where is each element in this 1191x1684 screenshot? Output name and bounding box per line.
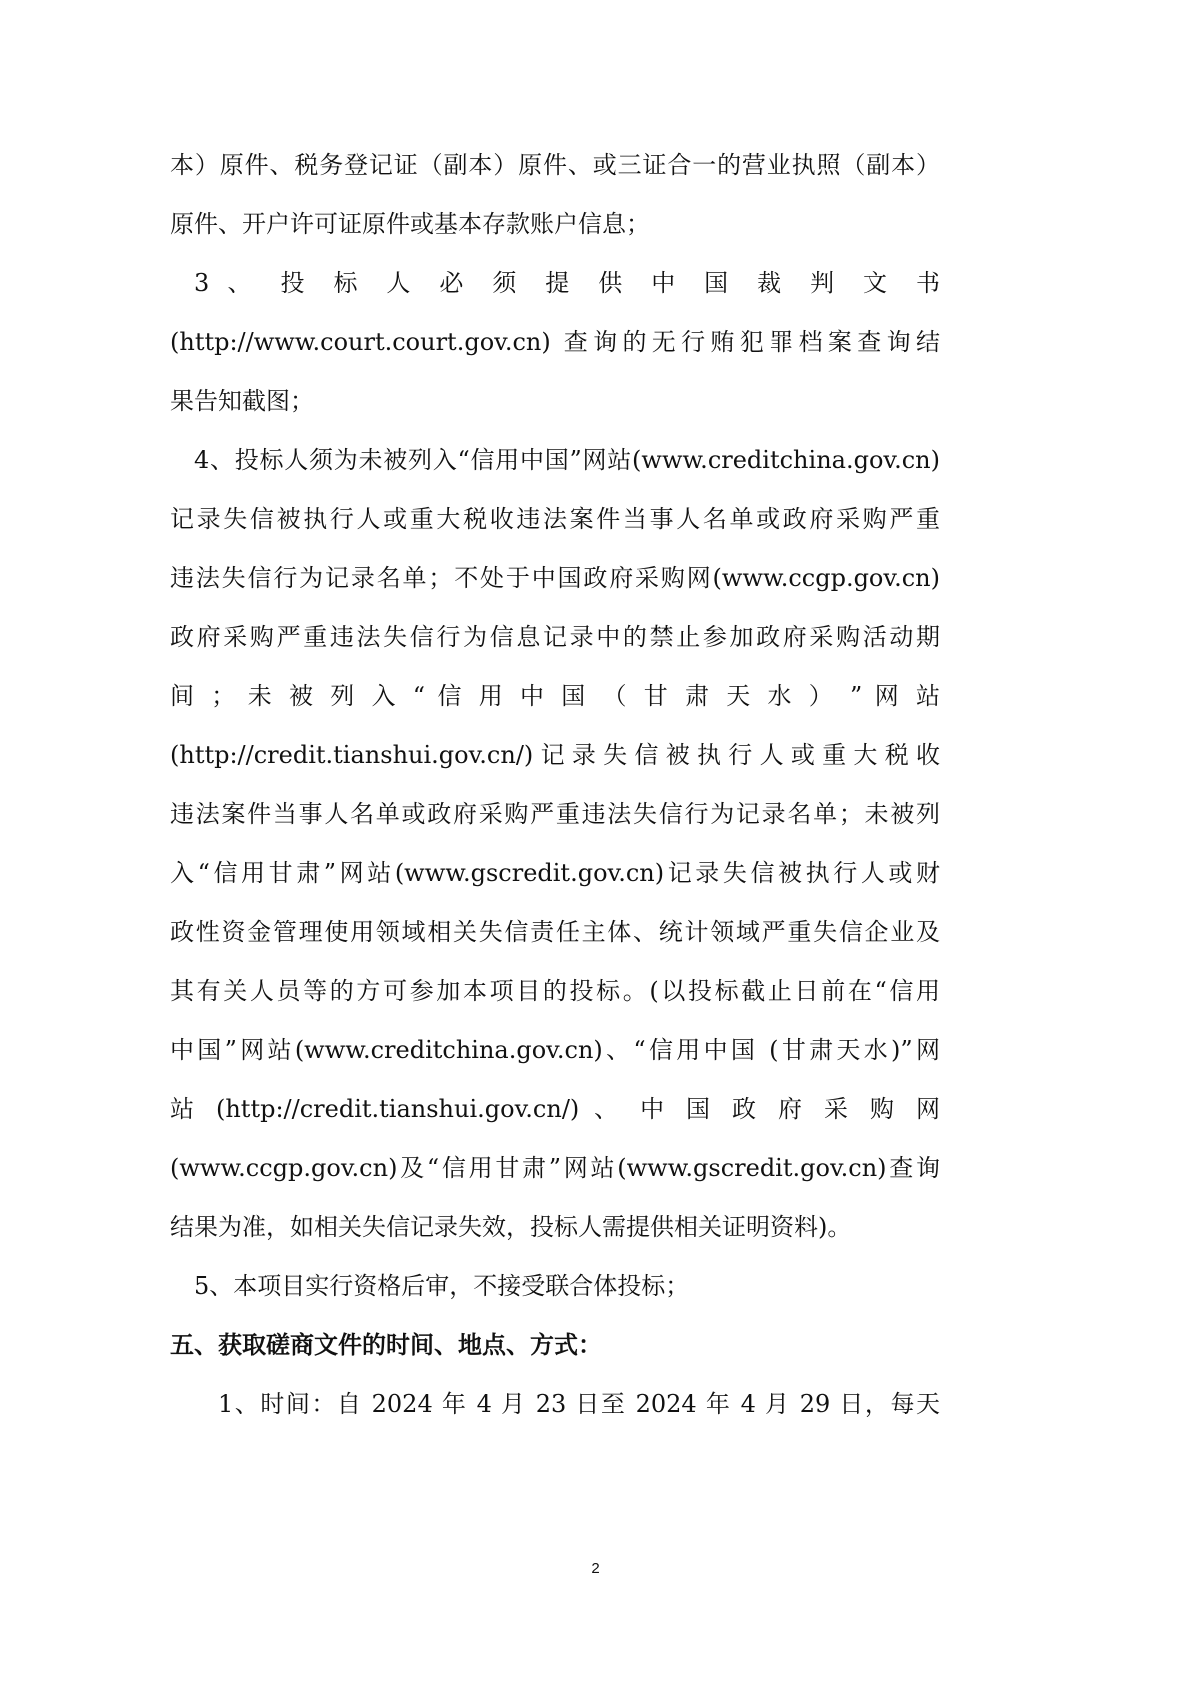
section-heading: 五、获取磋商文件的时间、地点、方式：	[170, 1328, 940, 1362]
text-line: 中国”网站(www.creditchina.gov.cn)、“信用中国 (甘肃天…	[170, 1033, 940, 1067]
text-line: 间 ； 未 被 列 入 “ 信 用 中 国 （ 甘 肃 天 水 ） ” 网 站	[170, 679, 940, 713]
text-line: 原件、开户许可证原件或基本存款账户信息；	[170, 207, 940, 241]
list-item-4: 4、投标人须为未被列入“信用中国”网站(www.creditchina.gov.…	[194, 443, 940, 477]
text-line: 政性资金管理使用领域相关失信责任主体、统计领域严重失信企业及	[170, 915, 940, 949]
text-line: 违法案件当事人名单或政府采购严重违法失信行为记录名单；未被列	[170, 797, 940, 831]
text-line: 站 (http://credit.tianshui.gov.cn/) 、 中 国…	[170, 1092, 940, 1126]
text-line: 违法失信行为记录名单；不处于中国政府采购网(www.ccgp.gov.cn)	[170, 561, 940, 595]
list-item-5: 5、本项目实行资格后审，不接受联合体投标；	[194, 1269, 940, 1303]
text-line: (http://www.court.court.gov.cn) 查询的无行贿犯罪…	[170, 325, 940, 359]
page-number: 2	[0, 1560, 1191, 1577]
text-line: (www.ccgp.gov.cn)及“信用甘肃”网站(www.gscredit.…	[170, 1151, 940, 1185]
text-line: 其有关人员等的方可参加本项目的投标。(以投标截止日前在“信用	[170, 974, 940, 1008]
text-line: 记录失信被执行人或重大税收违法案件当事人名单或政府采购严重	[170, 502, 940, 536]
text-line: 结果为准，如相关失信记录失效，投标人需提供相关证明资料)。	[170, 1210, 940, 1244]
list-item-time: 1、时间：自 2024 年 4 月 23 日至 2024 年 4 月 29 日，…	[218, 1387, 940, 1421]
text-line: 政府采购严重违法失信行为信息记录中的禁止参加政府采购活动期	[170, 620, 940, 654]
text-line: (http://credit.tianshui.gov.cn/)记录失信被执行人…	[170, 738, 940, 772]
list-item-3: 3 、 投 标 人 必 须 提 供 中 国 裁 判 文 书	[194, 266, 940, 300]
document-page: 本）原件、税务登记证（副本）原件、或三证合一的营业执照（副本） 原件、开户许可证…	[0, 0, 1191, 1684]
text-line: 入“信用甘肃”网站(www.gscredit.gov.cn)记录失信被执行人或财	[170, 856, 940, 890]
text-line: 果告知截图；	[170, 384, 940, 418]
text-line: 本）原件、税务登记证（副本）原件、或三证合一的营业执照（副本）	[170, 148, 940, 182]
